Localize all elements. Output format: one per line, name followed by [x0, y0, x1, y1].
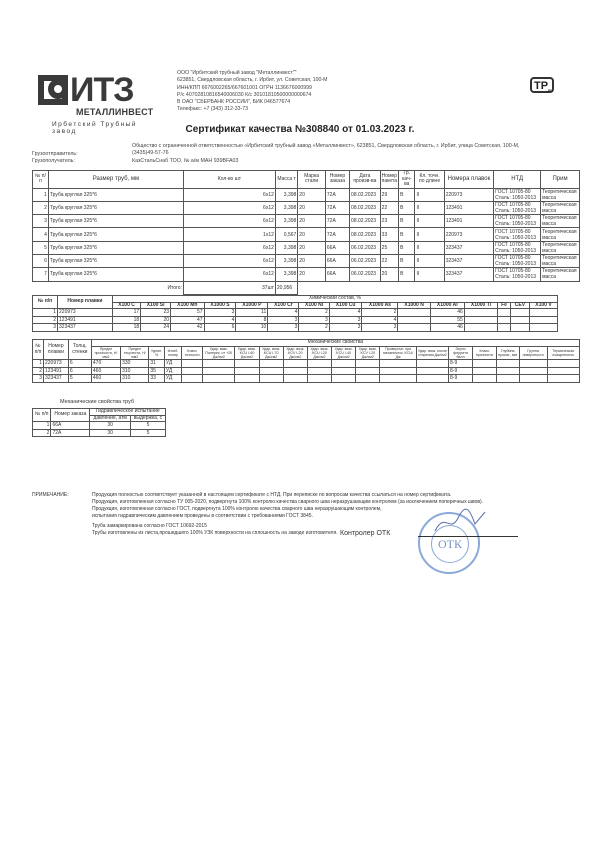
- table-row: 4Труба круглая 325*61х120,5672072А08.02.…: [33, 228, 580, 241]
- table-row: 272А305: [33, 429, 166, 437]
- column-header: Удар. вязк. KCV I-20 Дж/см2: [356, 346, 380, 360]
- table-cell: 330: [121, 360, 149, 368]
- table-cell: 23: [380, 215, 398, 228]
- note-line: Продукция полностью соответствует указан…: [92, 492, 572, 499]
- table-cell: [464, 309, 497, 317]
- table-cell: 220973: [43, 360, 68, 368]
- table-cell: В: [399, 254, 415, 267]
- column-header: Кол-во шт: [183, 171, 275, 189]
- table-row: 3323437546031033УД8-9: [33, 375, 580, 383]
- table-cell: 123491: [58, 316, 113, 324]
- table-cell: 220973: [58, 309, 113, 317]
- total-qty: 37шт: [183, 281, 275, 294]
- table-cell: ГОСТ 10705-80Сталь: 1050-2013: [494, 241, 541, 254]
- column-header: Номера плавок: [444, 171, 493, 189]
- table-cell: [203, 367, 235, 375]
- mechanics-table: № п/пНомер плавкиТолщ. стенкиМеханически…: [32, 339, 580, 383]
- table-cell: [498, 324, 511, 332]
- table-cell: [259, 367, 283, 375]
- table-cell: 18: [112, 324, 140, 332]
- column-header: Марка стали: [298, 171, 326, 189]
- table-cell: [473, 360, 497, 368]
- table-cell: [259, 375, 283, 383]
- column-header: Удар. вязк. KCU I-70 Дж/см2: [259, 346, 283, 360]
- table-cell: [519, 360, 547, 368]
- company-info-line: В ОАО "СБЕРБАНК РОССИИ", БИК 046577674: [177, 99, 328, 106]
- table-cell: II: [415, 201, 444, 214]
- table-cell: ГОСТ 10705-80Сталь: 1050-2013: [494, 201, 541, 214]
- table-cell: II: [415, 215, 444, 228]
- table-cell: [510, 324, 529, 332]
- table-cell: [203, 375, 235, 383]
- column-header: Толщ. стенки: [68, 340, 91, 360]
- table-cell: 323437: [58, 324, 113, 332]
- notes-block: ПРИМЕЧАНИЕ:Продукция полностью соответст…: [32, 492, 572, 537]
- table-cell: 6х12: [183, 241, 275, 254]
- table-cell: 24: [141, 324, 171, 332]
- table-cell: [529, 324, 557, 332]
- table-cell: Теоретическая масса: [541, 254, 580, 267]
- parties-block: Общество с ограниченной ответственностью…: [32, 143, 542, 165]
- table-cell: 31: [149, 360, 165, 368]
- table-cell: [235, 367, 259, 375]
- table-row: 5Труба круглая 325*66х123,3982066А06.02.…: [33, 241, 580, 254]
- table-cell: [380, 360, 417, 368]
- consignee-label: Грузополучатель:: [32, 158, 132, 165]
- ntd-line: Сталь: 1050-2013: [495, 221, 539, 227]
- ntd-line: Сталь: 1050-2013: [495, 235, 539, 241]
- column-header: Класс прочности: [473, 346, 497, 360]
- column-header: Класс точности: [182, 346, 203, 360]
- table-cell: 22: [380, 254, 398, 267]
- table-cell: 3,398: [275, 241, 297, 254]
- table-cell: 20: [298, 228, 326, 241]
- column-header: Удлин. %: [149, 346, 165, 360]
- table-cell: [182, 367, 203, 375]
- column-header: Проверочн. при механическ. KCU/Дж: [380, 346, 417, 360]
- table-cell: 3: [204, 309, 236, 317]
- products-table: № п/пРазмер труб, ммКол-во штМасса тМарк…: [32, 170, 580, 295]
- table-cell: [332, 360, 356, 368]
- table-cell: 2: [299, 324, 329, 332]
- table-cell: 46: [430, 324, 464, 332]
- table-cell: 8-9: [449, 367, 473, 375]
- column-header: Удар. вязк. Поперек. от +20 Дж/см2: [203, 346, 235, 360]
- table-cell: II: [415, 254, 444, 267]
- hydro-caption: Механические свойства труб: [60, 399, 134, 405]
- column-header: Удар. вязк. KCU I-60 Дж/см2: [235, 346, 259, 360]
- table-cell: 3: [299, 316, 329, 324]
- column-header: Номер пакета: [380, 171, 398, 189]
- table-cell: [398, 324, 430, 332]
- table-cell: II: [415, 268, 444, 281]
- table-cell: 23: [141, 309, 171, 317]
- table-cell: 35: [149, 367, 165, 375]
- table-cell: 66А: [325, 268, 349, 281]
- hydro-test-table: № п/пНомер заказаГидравлическое испытани…: [32, 408, 166, 437]
- table-cell: 5: [130, 422, 165, 430]
- table-cell: 66А: [325, 254, 349, 267]
- note-line: Продукция, изготовленная согласно ГОСТ, …: [92, 506, 572, 513]
- table-cell: [182, 375, 203, 383]
- consignee-value: КазСтальСнаб ТОО, № а/м MAH 939BFA03: [132, 158, 542, 165]
- column-header: № п/п: [33, 409, 51, 422]
- note-line: Труба замаркирована согласно ГОСТ 10692-…: [92, 523, 572, 530]
- shipper-value: Общество с ограниченной ответственностью…: [132, 143, 542, 158]
- column-header: Гр. кач-ва: [399, 171, 415, 189]
- table-cell: 3,398: [275, 201, 297, 214]
- table-cell: 5: [68, 375, 91, 383]
- table-cell: 08.02.2023: [350, 188, 381, 201]
- table-cell: 3: [33, 215, 49, 228]
- column-header: Номер заказа: [51, 409, 90, 422]
- table-cell: 123491: [444, 201, 493, 214]
- shipper-label: Грузоотправитель:: [32, 144, 132, 158]
- table-cell: 3,398: [275, 254, 297, 267]
- table-cell: II: [415, 188, 444, 201]
- table-cell: 30: [90, 422, 131, 430]
- table-cell: 2: [33, 316, 58, 324]
- column-header: давление, атм: [90, 415, 131, 422]
- table-cell: Теоретическая масса: [541, 241, 580, 254]
- table-cell: 25: [380, 241, 398, 254]
- table-cell: 20: [298, 268, 326, 281]
- table-cell: [235, 375, 259, 383]
- table-cell: ГОСТ 10705-80Сталь: 1050-2013: [494, 188, 541, 201]
- table-cell: [182, 360, 203, 368]
- column-header: Номер плавки: [43, 340, 68, 360]
- table-cell: 08.02.2023: [350, 228, 381, 241]
- table-cell: 57: [171, 309, 205, 317]
- table-cell: 10: [236, 324, 268, 332]
- column-header: Номер заказа: [325, 171, 349, 189]
- table-cell: [519, 367, 547, 375]
- table-cell: ГОСТ 10705-80Сталь: 1050-2013: [494, 215, 541, 228]
- column-header: НТД: [494, 171, 541, 189]
- table-cell: [416, 375, 448, 383]
- table-cell: 08.02.2023: [350, 215, 381, 228]
- table-row: 2Труба круглая 325*66х123,3982072А08.02.…: [33, 201, 580, 214]
- table-cell: 3: [268, 324, 299, 332]
- table-cell: 4: [33, 228, 49, 241]
- blank: [298, 281, 580, 294]
- table-cell: 5: [33, 241, 49, 254]
- ntd-line: Сталь: 1050-2013: [495, 274, 539, 280]
- table-cell: В: [399, 268, 415, 281]
- table-cell: 123491: [444, 215, 493, 228]
- signature-line: [418, 536, 518, 537]
- table-cell: Труба круглая 325*6: [48, 241, 183, 254]
- table-row: 3323437182442610323346: [33, 324, 558, 332]
- tr-certification-mark: TPBY: [530, 77, 554, 93]
- table-cell: 47: [171, 316, 205, 324]
- table-cell: В: [399, 215, 415, 228]
- column-header: Группа поверхности: [519, 346, 547, 360]
- table-cell: 460: [91, 367, 120, 375]
- column-header: Термическая очищенность: [547, 346, 579, 360]
- table-cell: 06.02.2023: [350, 268, 381, 281]
- table-cell: Труба круглая 325*6: [48, 228, 183, 241]
- table-cell: 1: [33, 309, 58, 317]
- table-cell: [498, 316, 511, 324]
- table-cell: 323437: [43, 375, 68, 383]
- table-cell: Теоретическая масса: [541, 228, 580, 241]
- table-cell: [496, 375, 519, 383]
- table-cell: 6х12: [183, 254, 275, 267]
- table-cell: Труба круглая 325*6: [48, 215, 183, 228]
- column-header: Зерно феррита балл: [449, 346, 473, 360]
- table-cell: 0,567: [275, 228, 297, 241]
- table-cell: 20: [298, 241, 326, 254]
- table-cell: 72А: [51, 429, 90, 437]
- table-cell: [283, 360, 307, 368]
- table-cell: [356, 367, 380, 375]
- column-header: Предел прочности, Н/мм2: [91, 346, 120, 360]
- table-cell: II: [415, 228, 444, 241]
- table-cell: II: [415, 241, 444, 254]
- table-cell: 8-9: [449, 360, 473, 368]
- logo-brand: ИТЗ: [70, 71, 134, 110]
- table-cell: 8: [236, 316, 268, 324]
- table-cell: 8-9: [449, 375, 473, 383]
- column-header: Номер плавки: [58, 296, 113, 309]
- column-header: № п/п: [33, 296, 58, 309]
- column-header: Кл. точн. по длине: [415, 171, 444, 189]
- table-cell: [307, 360, 331, 368]
- table-cell: В: [399, 201, 415, 214]
- table-cell: 1х12: [183, 228, 275, 241]
- otk-label: Контролер ОТК: [340, 530, 390, 537]
- column-header: Удар. вязк. KCV I-20 Дж/см2: [283, 346, 307, 360]
- table-cell: 3: [329, 316, 362, 324]
- table-cell: В: [399, 241, 415, 254]
- table-cell: [510, 309, 529, 317]
- table-cell: 3: [329, 324, 362, 332]
- table-cell: Труба круглая 325*6: [48, 201, 183, 214]
- table-cell: 323437: [444, 241, 493, 254]
- table-cell: 17: [112, 309, 140, 317]
- table-row: 212349118204748333455: [33, 316, 558, 324]
- table-row: 166А305: [33, 422, 166, 430]
- table-cell: [416, 367, 448, 375]
- table-cell: [307, 375, 331, 383]
- table-cell: [380, 367, 417, 375]
- company-info: ООО "Ирбитский трубный завод "Металлинве…: [177, 70, 328, 114]
- table-cell: 2: [362, 309, 398, 317]
- notes-label: ПРИМЕЧАНИЕ:: [32, 492, 92, 499]
- table-cell: 4: [204, 316, 236, 324]
- table-cell: [464, 316, 497, 324]
- table-cell: [398, 309, 430, 317]
- table-cell: 1: [33, 422, 51, 430]
- table-cell: 06.02.2023: [350, 254, 381, 267]
- tr-mark-text: TP: [534, 80, 548, 92]
- table-cell: [529, 316, 557, 324]
- total-row: Итого:37шт20,956: [33, 281, 580, 294]
- table-cell: 29: [380, 188, 398, 201]
- note-line: Продукция, изготовленная согласно ТУ 005…: [92, 499, 572, 506]
- table-cell: ГОСТ 10705-80Сталь: 1050-2013: [494, 254, 541, 267]
- table-cell: 6х12: [183, 215, 275, 228]
- table-cell: [203, 360, 235, 368]
- notes-body: Продукция полностью соответствует указан…: [92, 492, 572, 537]
- table-cell: 6х12: [183, 201, 275, 214]
- table-cell: 33: [149, 375, 165, 383]
- company-info-line: 623851, Свердловская область, г. Ирбит, …: [177, 77, 328, 84]
- company-info-line: ИНН/КПП 6676002265/667601001 ОГРН 113667…: [177, 85, 328, 92]
- column-header: Размер труб, мм: [48, 171, 183, 189]
- table-cell: 3: [268, 316, 299, 324]
- table-cell: [547, 367, 579, 375]
- company-info-line: ООО "Ирбитский трубный завод "Металлинве…: [177, 70, 328, 77]
- table-cell: 08.02.2023: [350, 201, 381, 214]
- table-cell: [356, 375, 380, 383]
- table-cell: [380, 375, 417, 383]
- table-cell: Труба круглая 325*6: [48, 188, 183, 201]
- table-cell: 3,398: [275, 268, 297, 281]
- table-cell: 46: [430, 309, 464, 317]
- table-cell: [547, 375, 579, 383]
- table-cell: Труба круглая 325*6: [48, 254, 183, 267]
- table-cell: 323437: [444, 254, 493, 267]
- company-info-line: Телефакс: +7 (343) 312-33-73: [177, 106, 328, 113]
- table-cell: 6: [68, 367, 91, 375]
- table-cell: 3,398: [275, 188, 297, 201]
- table-cell: ГОСТ 10705-80Сталь: 1050-2013: [494, 228, 541, 241]
- table-cell: 20: [298, 188, 326, 201]
- table-cell: 20: [298, 215, 326, 228]
- table-cell: 72А: [325, 228, 349, 241]
- note-line: испытания гидравлическим давлением прове…: [92, 513, 572, 520]
- table-cell: 20: [298, 201, 326, 214]
- ntd-line: Сталь: 1050-2013: [495, 195, 539, 201]
- table-row: 6Труба круглая 325*66х123,3982066А06.02.…: [33, 254, 580, 267]
- table-cell: 1: [33, 360, 44, 368]
- table-cell: 470: [91, 360, 120, 368]
- table-row: 1220973172357311424246: [33, 309, 558, 317]
- table-cell: 42: [171, 324, 205, 332]
- table-cell: [519, 375, 547, 383]
- table-cell: 6х12: [183, 188, 275, 201]
- table-cell: 3: [362, 324, 398, 332]
- table-cell: 66А: [325, 241, 349, 254]
- ntd-line: Сталь: 1050-2013: [495, 248, 539, 254]
- chemistry-table: № п/пНомер плавкиХимический состав, %X10…: [32, 295, 558, 332]
- table-cell: Теоретическая масса: [541, 268, 580, 281]
- table-cell: 18: [112, 316, 140, 324]
- ntd-line: Сталь: 1050-2013: [495, 261, 539, 267]
- table-cell: 20: [380, 268, 398, 281]
- table-cell: 310: [121, 375, 149, 383]
- table-cell: 220973: [444, 188, 493, 201]
- table-cell: 20: [298, 254, 326, 267]
- table-cell: В: [399, 188, 415, 201]
- total-mass: 20,956: [275, 281, 297, 294]
- table-cell: УД: [164, 367, 181, 375]
- table-cell: 30: [90, 429, 131, 437]
- table-cell: 11: [236, 309, 268, 317]
- table-cell: 1: [33, 188, 49, 201]
- table-cell: 6: [204, 324, 236, 332]
- table-cell: [259, 360, 283, 368]
- table-cell: 72А: [325, 201, 349, 214]
- column-header: Удар. вязк. после старения Дж/см2: [416, 346, 448, 360]
- table-cell: 323437: [444, 268, 493, 281]
- table-cell: УД: [164, 375, 181, 383]
- table-cell: 5: [130, 429, 165, 437]
- logo-subbrand: МЕТАЛЛИНВЕСТ: [76, 107, 153, 117]
- certificate-title: Сертификат качества №308840 от 01.03.202…: [0, 124, 600, 135]
- table-cell: 4: [268, 309, 299, 317]
- table-cell: [356, 360, 380, 368]
- table-cell: 3: [33, 375, 44, 383]
- logo-circle-icon: [48, 79, 68, 99]
- table-row: 7Труба круглая 325*66х123,3982066А06.02.…: [33, 268, 580, 281]
- table-cell: 2: [33, 429, 51, 437]
- table-cell: [235, 360, 259, 368]
- table-cell: [464, 324, 497, 332]
- table-cell: 6: [33, 254, 49, 267]
- column-header: Масса т: [275, 171, 297, 189]
- table-cell: 72А: [325, 215, 349, 228]
- table-cell: Теоретическая масса: [541, 188, 580, 201]
- table-row: 1220973647033031УД8-9: [33, 360, 580, 368]
- table-cell: 3,398: [275, 215, 297, 228]
- column-header: выдержка, с: [130, 415, 165, 422]
- ntd-line: Сталь: 1050-2013: [495, 208, 539, 214]
- table-cell: 4: [329, 309, 362, 317]
- table-cell: 66А: [51, 422, 90, 430]
- table-cell: [496, 360, 519, 368]
- table-cell: [510, 316, 529, 324]
- column-header: Глубина прокат., мм: [496, 346, 519, 360]
- column-header: № п/п: [33, 340, 44, 360]
- column-header: Изгиб. полир: [164, 346, 181, 360]
- table-cell: [416, 360, 448, 368]
- table-cell: В: [399, 228, 415, 241]
- table-cell: [283, 367, 307, 375]
- table-cell: [473, 375, 497, 383]
- column-header: Прим: [541, 171, 580, 189]
- table-cell: 3: [33, 324, 58, 332]
- table-cell: 72А: [325, 188, 349, 201]
- table-cell: 22: [380, 201, 398, 214]
- table-cell: Теоретическая масса: [541, 215, 580, 228]
- table-cell: [529, 309, 557, 317]
- table-cell: [496, 367, 519, 375]
- column-header: Предел текучести, Н/мм2: [121, 346, 149, 360]
- table-cell: [283, 375, 307, 383]
- table-cell: 2: [299, 309, 329, 317]
- table-cell: [473, 367, 497, 375]
- signature-icon: [430, 506, 490, 536]
- table-cell: 123491: [43, 367, 68, 375]
- table-cell: 20: [141, 316, 171, 324]
- table-cell: [398, 316, 430, 324]
- table-row: 2123491646031035УД8-9: [33, 367, 580, 375]
- table-cell: [547, 360, 579, 368]
- table-cell: Теоретическая масса: [541, 201, 580, 214]
- column-header: № п/п: [33, 171, 49, 189]
- table-cell: [332, 375, 356, 383]
- table-cell: УД: [164, 360, 181, 368]
- company-info-line: Р/с 40702810816540006030 К/с 30101810500…: [177, 92, 328, 99]
- column-header: Удар. вязк. KCU I-20 Дж/см2: [307, 346, 331, 360]
- table-cell: 2: [33, 201, 49, 214]
- table-cell: [332, 367, 356, 375]
- table-cell: 6х12: [183, 268, 275, 281]
- table-cell: 7: [33, 268, 49, 281]
